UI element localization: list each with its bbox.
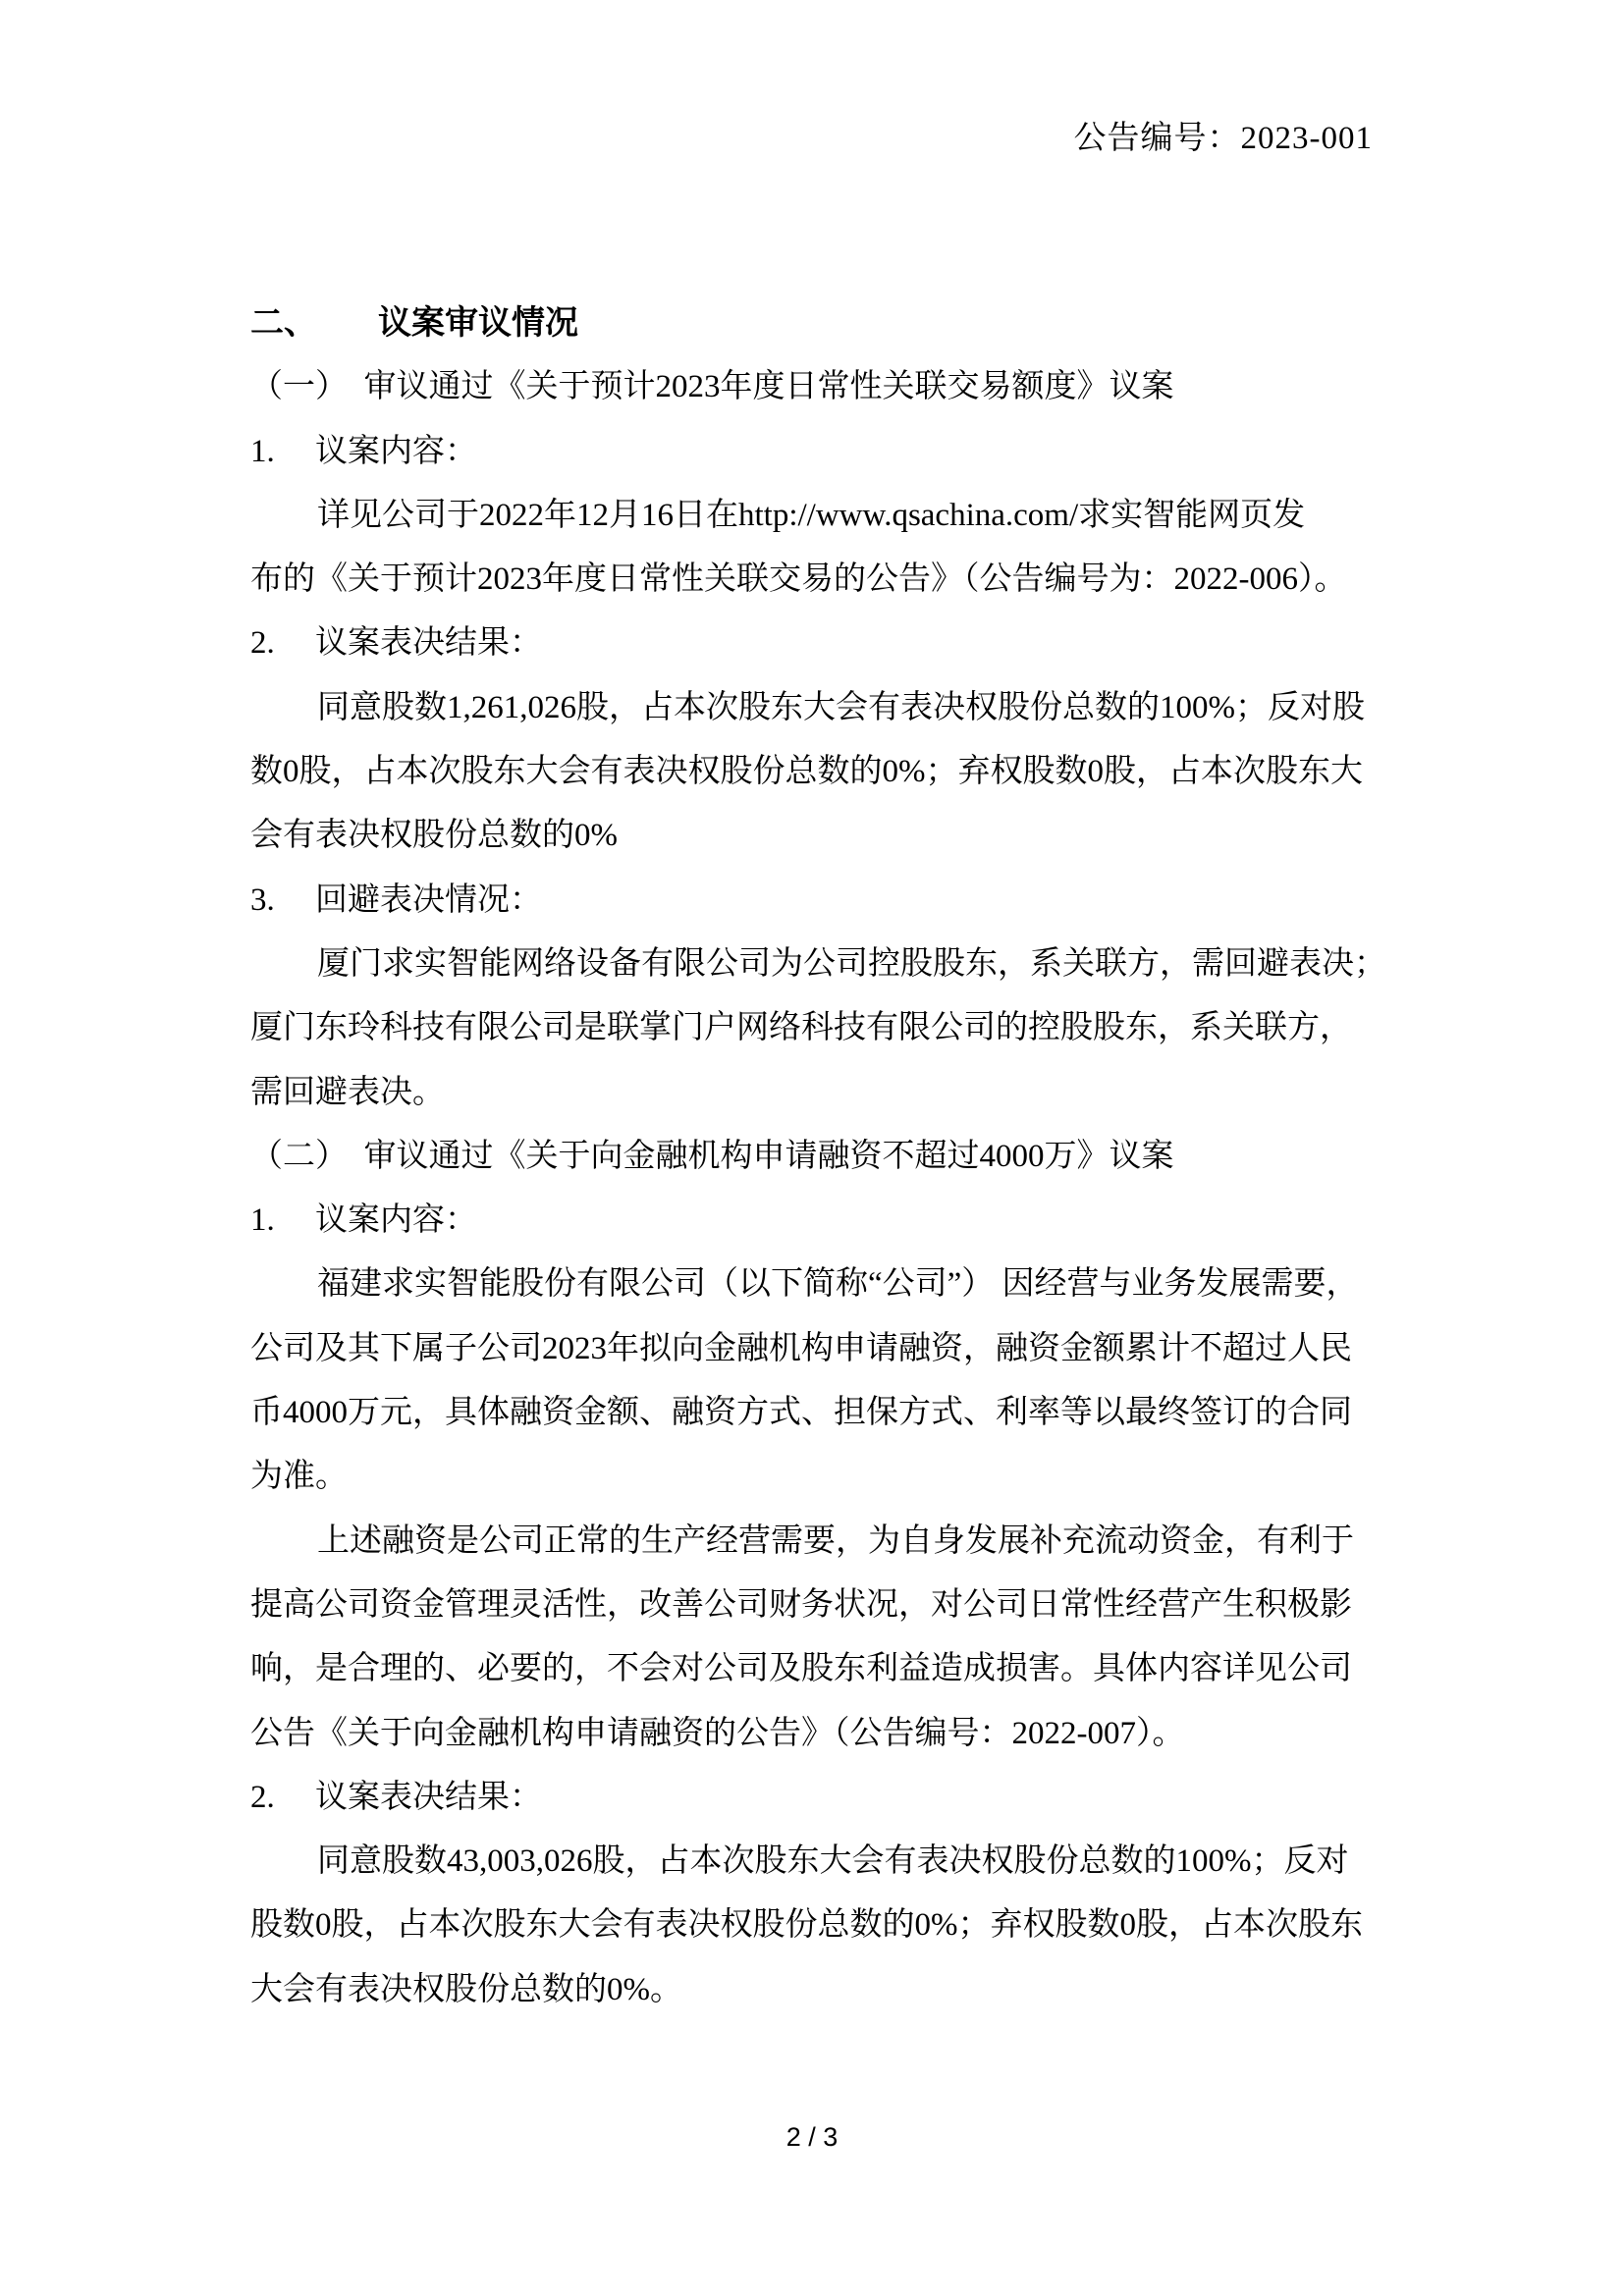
item-2-label: 2. 议案表决结果： bbox=[250, 612, 1394, 675]
doc-line: 会有表决权股份总数的0% bbox=[250, 804, 1394, 868]
doc-line: 同意股数43,003,026股，占本次股东大会有表决权股份总数的100%；反对 bbox=[250, 1830, 1394, 1894]
item-1-label: 1. 议案内容： bbox=[250, 1189, 1394, 1253]
doc-line: 响，是合理的、必要的，不会对公司及股东利益造成损害。具体内容详见公司 bbox=[250, 1637, 1394, 1701]
subsection-2-title: （二） 审议通过《关于向金融机构申请融资不超过4000万》议案 bbox=[250, 1125, 1394, 1189]
doc-line: 需回避表决。 bbox=[250, 1061, 1394, 1125]
doc-line: 厦门求实智能网络设备有限公司为公司控股股东，系关联方，需回避表决； bbox=[250, 933, 1394, 996]
doc-line: 同意股数1,261,026股，占本次股东大会有表决权股份总数的100%；反对股 bbox=[250, 676, 1394, 740]
item-1-label: 1. 议案内容： bbox=[250, 420, 1394, 484]
section-heading: 二、议案审议情况 bbox=[250, 292, 1394, 355]
doc-line: 厦门东玲科技有限公司是联掌门户网络科技有限公司的控股股东，系关联方， bbox=[250, 996, 1394, 1060]
document-page: 公告编号：2023-001 二、议案审议情况 （一） 审议通过《关于预计2023… bbox=[0, 0, 1624, 2296]
doc-line: 币4000万元，具体融资金额、融资方式、担保方式、利率等以最终签订的合同 bbox=[250, 1381, 1394, 1445]
doc-line: 提高公司资金管理灵活性，改善公司财务状况，对公司日常性经营产生积极影 bbox=[250, 1574, 1394, 1637]
doc-line: 股数0股，占本次股东大会有表决权股份总数的0%；弃权股数0股，占本次股东 bbox=[250, 1894, 1394, 1957]
doc-line: 为准。 bbox=[250, 1445, 1394, 1509]
doc-line: 布的《关于预计2023年度日常性关联交易的公告》（公告编号为：2022-006）… bbox=[250, 548, 1394, 612]
doc-line: 数0股，占本次股东大会有表决权股份总数的0%；弃权股数0股，占本次股东大 bbox=[250, 740, 1394, 804]
doc-line: 公司及其下属子公司2023年拟向金融机构申请融资，融资金额累计不超过人民 bbox=[250, 1317, 1394, 1381]
document-body: 二、议案审议情况 （一） 审议通过《关于预计2023年度日常性关联交易额度》议案… bbox=[250, 292, 1394, 2022]
doc-line: 公告《关于向金融机构申请融资的公告》（公告编号：2022-007）。 bbox=[250, 1702, 1394, 1766]
announcement-number: 公告编号：2023-001 bbox=[1074, 112, 1374, 158]
page-number: 2 / 3 bbox=[0, 2122, 1624, 2153]
section-heading-marker: 二、 bbox=[250, 304, 317, 342]
section-heading-title: 议案审议情况 bbox=[378, 304, 578, 342]
item-3-label: 3. 回避表决情况： bbox=[250, 869, 1394, 933]
doc-line: 上述融资是公司正常的生产经营需要，为自身发展补充流动资金，有利于 bbox=[250, 1510, 1394, 1574]
doc-line: 福建求实智能股份有限公司（以下简称“公司”） 因经营与业务发展需要， bbox=[250, 1253, 1394, 1316]
item-2-label: 2. 议案表决结果： bbox=[250, 1766, 1394, 1830]
doc-line: 大会有表决权股份总数的0%。 bbox=[250, 1958, 1394, 2022]
subsection-1-title: （一） 审议通过《关于预计2023年度日常性关联交易额度》议案 bbox=[250, 355, 1394, 419]
doc-line: 详见公司于2022年12月16日在http://www.qsachina.com… bbox=[250, 484, 1394, 548]
